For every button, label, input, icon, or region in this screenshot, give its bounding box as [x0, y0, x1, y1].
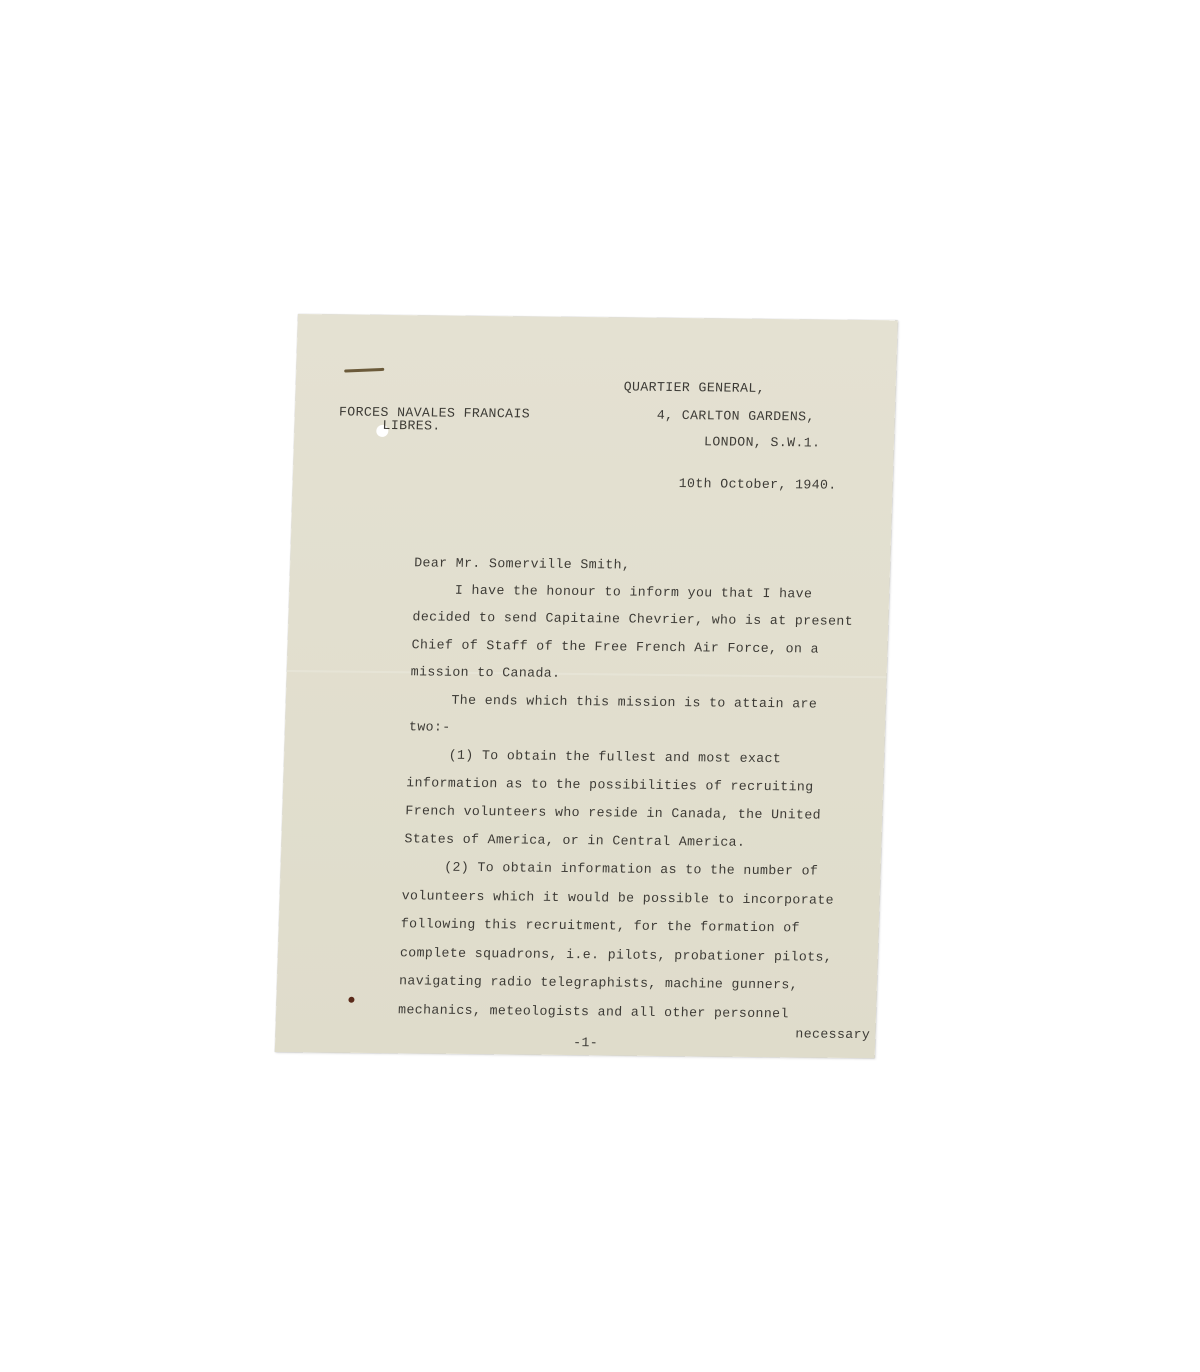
body-line: (2) To obtain information as to the numb…	[402, 859, 818, 878]
body-line: following this recruitment, for the form…	[401, 916, 800, 935]
body-line: French volunteers who reside in Canada, …	[405, 803, 821, 822]
body-line: States of America, or in Central America…	[404, 831, 745, 850]
address-line-1: QUARTIER GENERAL,	[623, 379, 765, 395]
body-line: navigating radio telegraphists, machine …	[399, 973, 798, 992]
letter-date: 10th October, 1940.	[678, 476, 836, 493]
rust-spot	[348, 997, 354, 1003]
paper-fold	[287, 670, 887, 678]
body-line: two:-	[409, 719, 451, 734]
ink-stain	[344, 368, 384, 373]
sender-line-2: LIBRES.	[382, 418, 441, 434]
body-line: volunteers which it would be possible to…	[401, 888, 834, 908]
letter-page: FORCES NAVALES FRANCAIS LIBRES. QUARTIER…	[275, 314, 898, 1058]
body-line: complete squadrons, i.e. pilots, probati…	[400, 945, 833, 965]
address-line-2: 4, CARLTON GARDENS,	[657, 408, 815, 425]
body-line: Chief of Staff of the Free French Air Fo…	[411, 637, 819, 656]
catchword: necessary	[795, 1026, 870, 1042]
body-line: mission to Canada.	[411, 664, 561, 681]
letter-body: I have the honour to inform you that I h…	[298, 314, 898, 320]
body-line: I have the honour to inform you that I h…	[413, 582, 812, 601]
body-line: information as to the possibilities of r…	[406, 775, 814, 794]
salutation: Dear Mr. Somerville Smith,	[414, 555, 631, 572]
address-line-3: LONDON, S.W.1.	[704, 434, 821, 450]
page-number: -1-	[573, 1035, 598, 1050]
body-line: (1) To obtain the fullest and most exact	[407, 747, 781, 766]
body-line: decided to send Capitaine Chevrier, who …	[412, 609, 853, 629]
body-line: mechanics, meteologists and all other pe…	[398, 1002, 789, 1021]
body-line: The ends which this mission is to attain…	[410, 692, 818, 711]
